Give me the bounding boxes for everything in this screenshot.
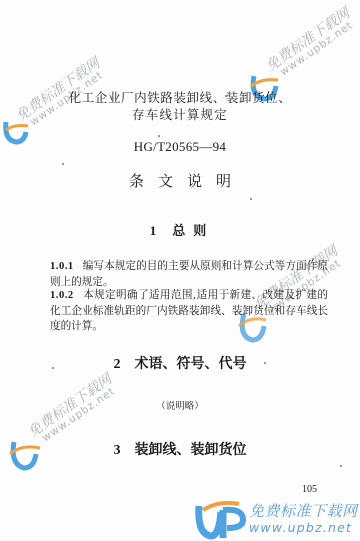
clause-number: 1.0.2 (50, 290, 74, 301)
scan-speck (62, 163, 64, 165)
heading-char: 条 (129, 172, 144, 190)
scan-speck (312, 258, 314, 260)
logo-site-url: www.upbz.net (249, 520, 352, 535)
scan-speck (225, 95, 227, 97)
scan-speck (264, 362, 266, 364)
scan-speck (340, 465, 342, 467)
section-title: 装卸线、装卸货位 (135, 442, 247, 458)
site-logo: 免费标准下载网 www.upbz.net (193, 498, 358, 540)
page-number: 105 (302, 484, 317, 495)
clause-1-0-2: 1.0.2本规定明确了适用范围,适用于新建、改建及扩建的化工企业标准轨距的厂内铁… (50, 288, 328, 333)
section-1-heading: 1总则 (0, 220, 360, 239)
clause-number: 1.0.1 (50, 261, 74, 272)
logo-site-name: 免费标准下载网 (249, 500, 358, 521)
up-logo-icon (193, 498, 249, 540)
heading-char: 明 (216, 172, 231, 190)
scan-speck (250, 198, 252, 200)
clause-text: 本规定明确了适用范围,适用于新建、改建及扩建的化工企业标准轨距的厂内铁路装卸线、… (50, 289, 328, 332)
heading-char: 说 (187, 172, 202, 190)
section-title-char: 总 (172, 224, 185, 239)
section-number: 1 (150, 223, 157, 238)
clause-text: 编写本规定的目的主要从原则和计算公式等方面作原则上的规定。 (50, 260, 328, 288)
standard-code: HG/T20565—94 (0, 139, 360, 155)
watermark-url: www.upbz.net (279, 18, 359, 78)
watermark-site-name: 免费标准下载网 (264, 6, 352, 74)
section-title: 术语、符号、代号 (135, 356, 247, 372)
document-title-line1: 化工企业厂内铁路装卸线、装卸货位、 (0, 88, 360, 106)
explanation-heading: 条文说明 (0, 170, 360, 191)
scan-speck (158, 135, 160, 137)
document-page: 免费标准下载网 www.upbz.net 免费标准下载网 www.upbz.ne… (0, 0, 360, 541)
watermark-url: www.upbz.net (41, 384, 121, 444)
section-number: 3 (114, 443, 121, 458)
section-2-note: （说明略） (0, 398, 360, 412)
document-title-line2: 存车线计算规定 (0, 105, 360, 123)
clause-1-0-1: 1.0.1编写本规定的目的主要从原则和计算公式等方面作原则上的规定。 (50, 259, 328, 290)
section-number: 2 (114, 357, 121, 372)
section-2-heading: 2术语、符号、代号 (0, 353, 360, 373)
section-title-char: 则 (193, 224, 206, 239)
section-3-heading: 3装卸线、装卸货位 (0, 439, 360, 459)
heading-char: 文 (158, 172, 173, 190)
scan-speck (52, 367, 54, 369)
